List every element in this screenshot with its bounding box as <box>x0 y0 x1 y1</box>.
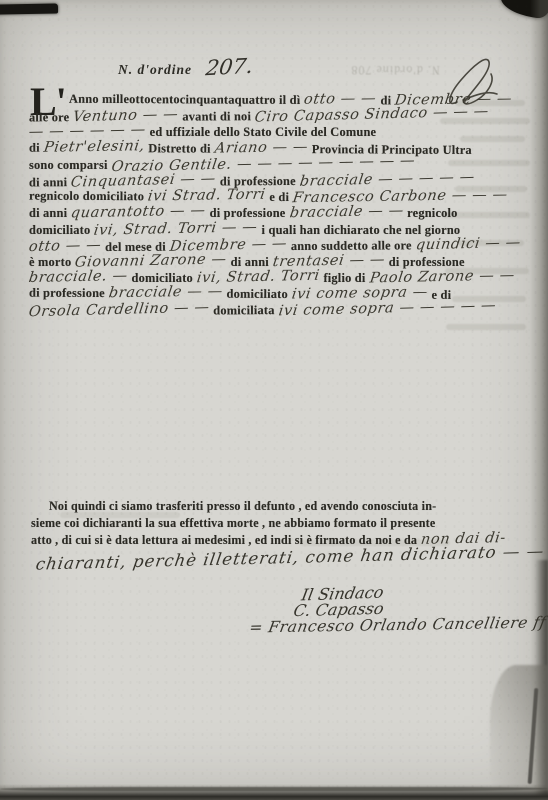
printed-form-text: Noi quindi ci siamo trasferiti presso il… <box>49 499 436 513</box>
printed-form-text: domiciliato <box>226 287 287 301</box>
printed-form-text: alle ore <box>29 110 69 124</box>
order-number-row: N. d'ordine 207. <box>118 55 253 79</box>
printed-form-text: Anno milleottocentocinquantaquattro il d… <box>69 92 300 107</box>
handwritten-entry: Ciro Capasso Sindaco — — — <box>254 104 490 126</box>
printed-form-text: Distretto di <box>148 141 210 155</box>
printed-form-text: atto , di cui si è data lettura ai medes… <box>31 533 417 547</box>
printed-form-text: avanti di noi <box>182 109 251 123</box>
printed-form-text: di anni <box>231 255 269 269</box>
printed-form-text: anno suddetto alle ore <box>291 238 412 253</box>
scan-edge-bottom <box>0 784 548 800</box>
printed-form-text: di professione <box>29 286 105 300</box>
handwritten-entry: bracciale — — — — — <box>298 169 475 190</box>
printed-form-text: ed uffiziale dello Stato Civile del Comu… <box>150 125 377 139</box>
printed-form-text: di professione <box>389 255 465 269</box>
printed-form-text: domiciliata <box>213 304 274 318</box>
printed-form-text: i quali han dichiarato che nel giorno <box>262 223 461 237</box>
closing-line: Noi quindi ci siamo trasferiti presso il… <box>31 497 543 514</box>
handwritten-entry: Pietr'elesini, <box>42 138 145 156</box>
scan-edge-mark-top-left <box>0 3 58 14</box>
closing-paragraph: Noi quindi ci siamo trasferiti presso il… <box>31 497 543 548</box>
printed-form-text: è morto <box>29 255 71 269</box>
printed-form-text: figlio di <box>323 271 365 285</box>
handwritten-entry: Paolo Zarone — — <box>368 268 515 287</box>
handwritten-entry: ivi Strad. Torri <box>147 187 267 205</box>
handwritten-entry: quarantotto — — <box>70 203 207 222</box>
closing-line: sieme coi dichiaranti la sua effettiva m… <box>31 514 543 531</box>
paper-sheet: N. d'ordine 708 N. d'ordine 207. L' Anno… <box>0 0 548 800</box>
bleedthrough-header-text: N. d'ordine 708 <box>299 62 441 77</box>
scan-edge-mark-top-right <box>499 0 548 20</box>
handwritten-entry: bracciale. — <box>28 268 129 286</box>
act-line: di anniquarantotto — —di professionebrac… <box>29 205 545 221</box>
printed-form-text: di <box>29 140 40 154</box>
printed-form-text: domiciliato <box>132 271 193 285</box>
printed-form-text: regnicolo <box>407 206 457 220</box>
scanned-death-record-page: { "colors": { "paper": "#d7d6d1", "print… <box>0 0 548 800</box>
handwritten-entry: ivi, Strad. Torri — — <box>93 219 259 239</box>
page-curl-bottom-right <box>490 665 548 790</box>
signature-chancellor: = Francesco Orlando Cancelliere ff <box>248 613 548 636</box>
printed-form-text: sieme coi dichiaranti la sua effettiva m… <box>31 516 435 530</box>
handwritten-entry: bracciale — — <box>288 203 404 222</box>
handwritten-entry: otto — — <box>28 237 102 255</box>
printed-form-text: sono comparsi <box>29 158 108 172</box>
act-line: bracciale. —domiciliatoivi, Strad. Torri… <box>29 270 545 286</box>
act-line: otto — —del mese diDicembre — —anno sudd… <box>29 236 545 255</box>
ink-streak-bottom-right <box>528 688 539 784</box>
handwritten-entry: otto — — <box>303 91 378 108</box>
page-edge-line-bottom <box>0 787 548 791</box>
page-edge-shadow-right-lower <box>535 560 548 800</box>
bleedthrough-mark <box>446 324 526 330</box>
printed-form-text: e di <box>269 190 289 204</box>
printed-form-text: di professione <box>210 206 286 220</box>
act-line: Orsola Cardellino — —domiciliataivi come… <box>29 301 545 320</box>
order-number-label: N. d'ordine <box>118 62 192 77</box>
act-body: L' Anno milleottocentocinquantaquattro i… <box>29 92 545 319</box>
handwritten-entry: quindici — — <box>414 234 521 253</box>
handwritten-entry: Orsola Cardellino — — <box>28 300 211 321</box>
printed-form-text: di anni <box>29 206 67 220</box>
order-number-value: 207. <box>204 54 254 80</box>
printed-form-text: regnicolo domiciliato <box>29 189 144 204</box>
printed-form-text: del mese di <box>105 239 166 253</box>
handwritten-entry: Ariano — — <box>213 139 309 157</box>
handwritten-entry: ivi come sopra — — — — — <box>277 298 497 320</box>
printed-form-text: domiciliato <box>29 223 90 237</box>
